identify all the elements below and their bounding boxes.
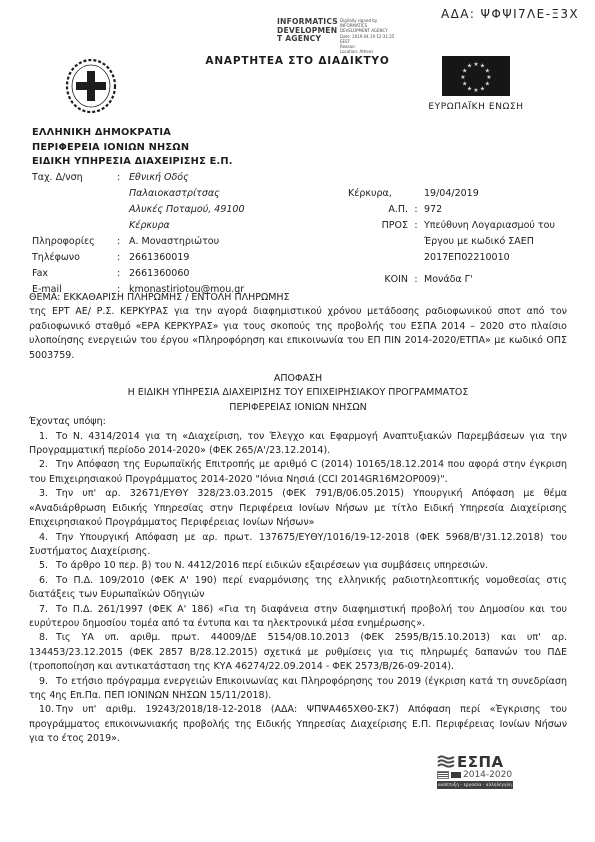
- list-item: 6.Το Π.Δ. 109/2010 (ΦΕΚ Α' 190) περί ενα…: [29, 574, 567, 603]
- eu-flag-small-icon: [451, 772, 461, 778]
- list-item: 7.Το Π.Δ. 261/1997 (ΦΕΚ Α' 186) «Για τη …: [29, 603, 567, 632]
- colon: :: [408, 218, 424, 266]
- item-number: 4.: [29, 531, 56, 545]
- item-text: Το Ν. 4314/2014 για τη «Διαχείριση, τον …: [29, 431, 567, 456]
- subject-body: της ΕΡΤ ΑΕ/ Ρ.Σ. ΚΕΡΚΥΡΑΣ για την αγορά …: [29, 305, 567, 363]
- espa-period: 2014-2020: [463, 770, 512, 780]
- colon: :: [408, 272, 424, 288]
- list-item: 1.Το Ν. 4314/2014 για τη «Διαχείριση, το…: [29, 430, 567, 459]
- fax-value: 2661360060: [129, 266, 304, 282]
- recipient-value: Υπεύθυνη Λογαριασμού του Έργου με κωδικό…: [424, 218, 574, 266]
- list-item: 8.Τις ΥΑ υπ. αριθμ. πρωτ. 44009/ΔΕ 5154/…: [29, 631, 567, 674]
- phone-value: 2661360019: [129, 250, 304, 266]
- item-text: Την Υπουργική Απόφαση με αρ. πρωτ. 13767…: [29, 532, 567, 557]
- svg-text:★: ★: [467, 63, 472, 70]
- signature-agency-name: INFORMATICS DEVELOPMEN T AGENCY: [277, 18, 335, 44]
- cc-value: Μονάδα Γ': [424, 272, 574, 288]
- list-item: 10.Την υπ' αριθμ. 19243/2018/18-12-2018 …: [29, 703, 567, 746]
- contact-block: Ταχ. Δ/νση : Εθνική Οδός Παλαιοκαστρίτσα…: [32, 170, 304, 298]
- item-number: 6.: [29, 574, 56, 588]
- address-line: Κέρκυρα: [129, 218, 304, 234]
- agency-line-republic: ΕΛΛΗΝΙΚΗ ΔΗΜΟΚΡΑΤΙΑ: [32, 126, 233, 141]
- document-page: ΑΔΑ: ΨΦΨΙ7ΛΕ-Ξ3Χ INFORMATICS DEVELOPMEN …: [0, 0, 595, 842]
- list-item: 2.Την Απόφαση της Ευρωπαϊκής Επιτροπής μ…: [29, 458, 567, 487]
- eu-caption: ΕΥΡΩΠΑΪΚΗ ΕΝΩΣΗ: [420, 102, 532, 112]
- protocol-number: 972: [424, 202, 574, 218]
- subject-label: ΘΕΜΑ:: [29, 292, 60, 303]
- colon: :: [117, 234, 129, 250]
- spacer: [408, 186, 424, 202]
- item-number: 3.: [29, 487, 56, 501]
- phone-label: Τηλέφωνο: [32, 250, 117, 266]
- fax-label: Fax: [32, 266, 117, 282]
- info-label: Πληροφορίες: [32, 234, 117, 250]
- place: Κέρκυρα,: [348, 186, 408, 202]
- item-text: Το ετήσιο πρόγραμμα ενεργειών Επικοινωνί…: [29, 676, 567, 701]
- greek-emblem-icon: [63, 58, 119, 114]
- meta-block: Κέρκυρα, 19/04/2019 Α.Π. : 972 ΠΡΟΣ : Υπ…: [348, 186, 574, 288]
- espa-waves-icon: [437, 754, 455, 770]
- svg-text:★: ★: [473, 61, 478, 68]
- agency-line-region: ΠΕΡΙΦΕΡΕΙΑ ΙΟΝΙΩΝ ΝΗΣΩΝ: [32, 141, 233, 156]
- digital-signature-stamp: INFORMATICS DEVELOPMEN T AGENCY Digitall…: [277, 18, 418, 54]
- recipient-label: ΠΡΟΣ: [348, 218, 408, 266]
- item-number: 9.: [29, 675, 56, 689]
- item-number: 7.: [29, 603, 56, 617]
- item-number: 1.: [29, 430, 56, 444]
- date: 19/04/2019: [424, 186, 574, 202]
- having-regard: Έχοντας υπόψη:: [29, 415, 567, 429]
- item-text: Τις ΥΑ υπ. αριθμ. πρωτ. 44009/ΔΕ 5154/08…: [29, 632, 567, 672]
- address-line: Αλυκές Ποταμού, 49100: [129, 202, 304, 218]
- eu-block: ★★ ★★ ★★ ★★ ★★ ★★ ΕΥΡΩΠΑΪΚΗ ΕΝΩΣΗ: [420, 56, 532, 112]
- protocol-label: Α.Π.: [348, 202, 408, 218]
- address-line: Εθνική Οδός: [129, 170, 304, 186]
- info-value: Α. Μοναστηριώτου: [129, 234, 304, 250]
- decision-line: ΠΕΡΙΦΕΡΕΙΑΣ ΙΟΝΙΩΝ ΝΗΣΩΝ: [29, 401, 567, 415]
- cc-label: ΚΟΙΝ: [348, 272, 408, 288]
- colon: :: [117, 266, 129, 282]
- svg-text:★: ★: [473, 87, 478, 94]
- list-item: 9.Το ετήσιο πρόγραμμα ενεργειών Επικοινω…: [29, 675, 567, 704]
- item-number: 2.: [29, 458, 56, 472]
- item-number: 10.: [29, 703, 56, 717]
- list-item: 5.Το άρθρο 10 περ. β) του Ν. 4412/2016 π…: [29, 559, 567, 573]
- signature-agency-line: T AGENCY: [277, 35, 335, 44]
- address-value: Εθνική Οδός Παλαιοκαστρίτσας Αλυκές Ποτα…: [129, 170, 304, 234]
- address-line: Παλαιοκαστρίτσας: [129, 186, 304, 202]
- subject-title: ΕΚΚΑΘΑΡΙΣΗ ΠΛΗΡΩΜΗΣ / ΕΝΤΟΛΗ ΠΛΗΡΩΜΗΣ: [63, 292, 289, 303]
- item-number: 5.: [29, 559, 56, 573]
- eu-flag-icon: ★★ ★★ ★★ ★★ ★★ ★★: [442, 56, 510, 96]
- item-text: Το Π.Δ. 109/2010 (ΦΕΚ Α' 190) περί εναρμ…: [29, 575, 567, 600]
- item-text: Την υπ' αριθμ. 19243/2018/18-12-2018 (ΑΔ…: [29, 704, 567, 744]
- greek-flag-icon: [437, 771, 449, 779]
- espa-name: ΕΣΠΑ: [457, 753, 504, 771]
- colon: :: [117, 170, 129, 234]
- agency-line-service: ΕΙΔΙΚΗ ΥΠΗΡΕΣΙΑ ΔΙΑΧΕΙΡΙΣΗΣ Ε.Π.: [32, 155, 233, 170]
- item-text: Το άρθρο 10 περ. β) του Ν. 4412/2016 περ…: [56, 560, 488, 571]
- decision-line: Η ΕΙΔΙΚΗ ΥΠΗΡΕΣΙΑ ΔΙΑΧΕΙΡΙΣΗΣ ΤΟΥ ΕΠΙΧΕΙ…: [29, 386, 567, 400]
- agency-header: ΕΛΛΗΝΙΚΗ ΔΗΜΟΚΡΑΤΙΑ ΠΕΡΙΦΕΡΕΙΑ ΙΟΝΙΩΝ ΝΗ…: [32, 126, 233, 170]
- item-number: 8.: [29, 631, 56, 645]
- espa-period-row: 2014-2020: [437, 770, 517, 780]
- signature-detail-line: Location: Athens: [340, 49, 418, 54]
- item-text: Την υπ' αρ. 32671/ΕΥΘΥ 328/23.03.2015 (Φ…: [29, 488, 567, 528]
- svg-text:★: ★: [460, 74, 465, 81]
- espa-logo: ΕΣΠΑ 2014-2020 ανάπτυξη - εργασία - αλλη…: [437, 753, 517, 789]
- espa-tagline: ανάπτυξη - εργασία - αλληλεγγύη: [437, 781, 513, 789]
- espa-logo-top: ΕΣΠΑ: [437, 753, 517, 771]
- colon: :: [117, 250, 129, 266]
- address-label: Ταχ. Δ/νση: [32, 170, 117, 234]
- document-body: ΘΕΜΑ: ΕΚΚΑΘΑΡΙΣΗ ΠΛΗΡΩΜΗΣ / ΕΝΤΟΛΗ ΠΛΗΡΩ…: [29, 291, 567, 747]
- list-item: 4.Την Υπουργική Απόφαση με αρ. πρωτ. 137…: [29, 531, 567, 560]
- svg-text:★: ★: [462, 81, 467, 88]
- svg-text:★: ★: [480, 85, 485, 92]
- svg-text:★: ★: [467, 85, 472, 92]
- decision-heading: ΑΠΟΦΑΣΗ Η ΕΙΔΙΚΗ ΥΠΗΡΕΣΙΑ ΔΙΑΧΕΙΡΙΣΗΣ ΤΟ…: [29, 372, 567, 415]
- signature-details: Digitally signed by INFORMATICS DEVELOPM…: [340, 18, 418, 54]
- colon: :: [408, 202, 424, 218]
- item-text: Το Π.Δ. 261/1997 (ΦΕΚ Α' 186) «Για τη δι…: [29, 604, 567, 629]
- list-item: 3.Την υπ' αρ. 32671/ΕΥΘΥ 328/23.03.2015 …: [29, 487, 567, 530]
- item-text: Την Απόφαση της Ευρωπαϊκής Επιτροπής με …: [29, 459, 567, 484]
- decision-line: ΑΠΟΦΑΣΗ: [29, 372, 567, 386]
- subject-heading: ΘΕΜΑ: ΕΚΚΑΘΑΡΙΣΗ ΠΛΗΡΩΜΗΣ / ΕΝΤΟΛΗ ΠΛΗΡΩ…: [29, 291, 567, 305]
- svg-text:★: ★: [485, 81, 490, 88]
